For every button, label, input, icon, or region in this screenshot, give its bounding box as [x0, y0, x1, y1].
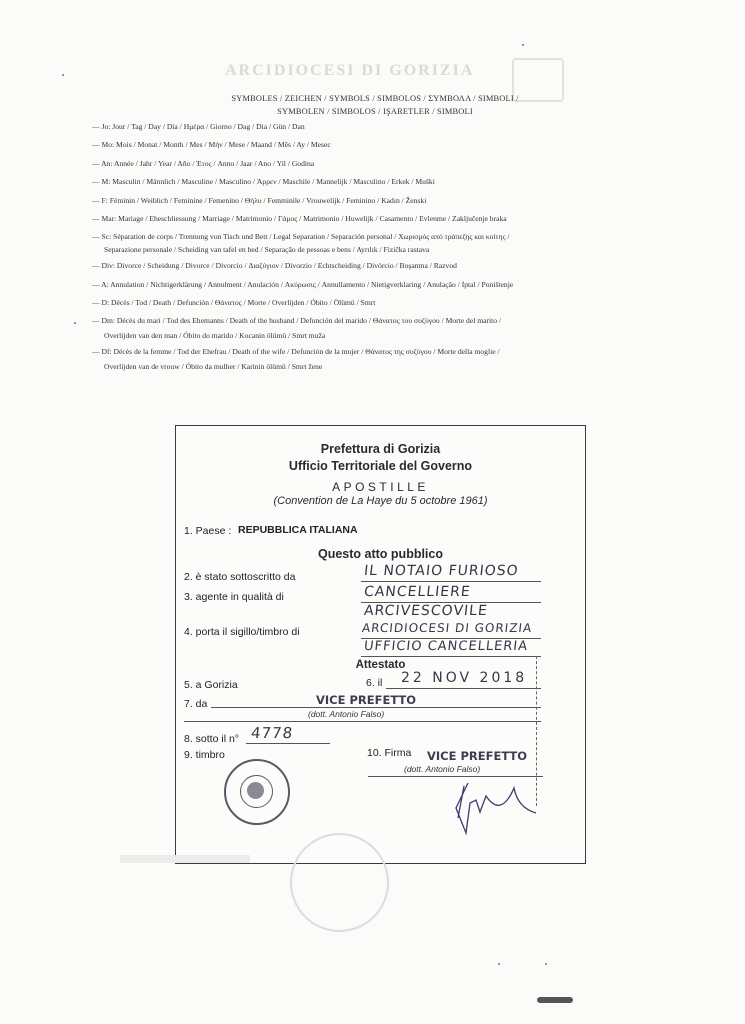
scan-speck — [62, 74, 64, 76]
field-2-handwritten: IL NOTAIO FURIOSO — [363, 563, 519, 579]
field-10-name: (dott. Antonio Falso) — [404, 764, 480, 774]
field-8-line — [246, 743, 330, 744]
field-8-number: 4778 — [250, 724, 294, 742]
field-1-value: REPUBBLICA ITALIANA — [238, 524, 358, 536]
office-department: Ufficio Territoriale del Governo — [176, 459, 585, 473]
section-public-act: Questo atto pubblico — [176, 547, 585, 561]
legend-row-death-husband-cont: Overlijden van den man / Óbito do marido… — [92, 330, 612, 342]
legend-row-marriage: — Mar: Mariage / Eheschliessung / Marria… — [92, 213, 612, 225]
convention-reference: (Convention de La Haye du 5 octobre 1961… — [176, 495, 585, 507]
scan-smudge — [537, 997, 573, 1003]
field-1-label: 1. Paese : — [184, 525, 231, 537]
symbols-title-line2: SYMBOLEN / SIMBOLOS / IŞARETLER / SIMBOL… — [150, 107, 600, 116]
bleed-through-header: ARCIDIOCESI DI GORIZIA — [225, 62, 474, 80]
scan-speck — [498, 963, 500, 965]
seal-emblem-icon — [247, 782, 264, 799]
signature-icon — [446, 778, 546, 838]
legend-row-separation: — Sc: Séparation de corps / Trennung von… — [92, 231, 612, 243]
legend-row-death-husband: — Dm: Décès du mari / Tod des Ehemanns /… — [92, 315, 612, 327]
legend-row-death: — D: Décès / Tod / Death / Defunción / Θ… — [92, 297, 612, 309]
field-6-label: 6. il — [366, 677, 382, 689]
legend-row-annulment: — A: Annulation / Nichtigerklärung / Ann… — [92, 279, 612, 291]
field-4-handwritten-2: ARCIDIOCESI DI GORIZIA — [361, 621, 533, 635]
field-2-line — [361, 581, 541, 582]
field-10-line — [368, 776, 543, 777]
field-7-label: 7. da — [184, 698, 207, 710]
legend-row-separation-cont: Separazione personale / Scheiding van ta… — [92, 244, 612, 256]
symbols-title-line1: SYMBOLES / ZEICHEN / SYMBOLS / SIMBOLOS … — [150, 94, 600, 103]
scan-speck — [74, 322, 76, 324]
legend-row-divorce: — Div: Divorce / Scheidung / Divorce / D… — [92, 260, 612, 272]
legend-row-year: — An: Année / Jahr / Year / Año / Έτος /… — [92, 158, 612, 170]
symbols-legend: — Jo: Jour / Tag / Day / Día / Ημέρα / G… — [92, 121, 612, 373]
bleed-through-text — [120, 855, 250, 863]
field-2-label: 2. è stato sottoscritto da — [184, 571, 295, 583]
field-7-name: (dott. Antonio Falso) — [308, 709, 384, 719]
field-10-label: 10. Firma — [367, 747, 411, 759]
prefecture-seal — [224, 759, 290, 825]
field-7-line — [211, 707, 541, 708]
legend-row-male: — M: Masculin / Männlich / Masculine / M… — [92, 176, 612, 188]
scan-speck — [545, 963, 547, 965]
apostille-title: APOSTILLE — [176, 480, 585, 494]
field-6-line — [386, 688, 541, 689]
field-4-handwritten-3: UFFICIO CANCELLERIA — [363, 639, 529, 654]
field-6-date-stamp: 22 NOV 2018 — [401, 670, 527, 686]
scan-speck — [522, 44, 524, 46]
document-page: { "symbols": { "title_line1": "SYMBOLES … — [0, 0, 745, 1024]
field-7-stamp: VICE PREFETTO — [316, 693, 416, 707]
field-4-handwritten-1: ARCIVESCOVILE — [363, 603, 488, 619]
field-4-line-2 — [361, 656, 541, 657]
field-3-label: 3. agente in qualità di — [184, 591, 284, 603]
legend-row-day: — Jo: Jour / Tag / Day / Día / Ημέρα / G… — [92, 121, 612, 133]
bleed-through-seal — [290, 833, 389, 932]
legend-row-month: — Mo: Mois / Monat / Month / Mes / Μήν /… — [92, 139, 612, 151]
fold-mark — [536, 656, 537, 806]
field-4-label: 4. porta il sigillo/timbro di — [184, 626, 300, 638]
field-9-label: 9. timbro — [184, 749, 225, 761]
field-3-handwritten: CANCELLIERE — [363, 584, 471, 600]
field-8-label: 8. sotto il n° — [184, 733, 239, 745]
legend-row-death-wife: — Df: Décès de la femme / Tod der Ehefra… — [92, 346, 612, 358]
legend-row-female: — F: Féminin / Weiblich / Feminine / Fem… — [92, 195, 612, 207]
apostille-certificate: Prefettura di Gorizia Ufficio Territoria… — [175, 425, 586, 864]
legend-row-death-wife-cont: Overlijden van de vrouw / Óbito da mulhe… — [92, 361, 612, 373]
field-7-line-2 — [184, 721, 541, 722]
office-name: Prefettura di Gorizia — [176, 442, 585, 456]
field-5-label: 5. a Gorizia — [184, 679, 238, 691]
field-10-stamp: VICE PREFETTO — [427, 749, 527, 763]
